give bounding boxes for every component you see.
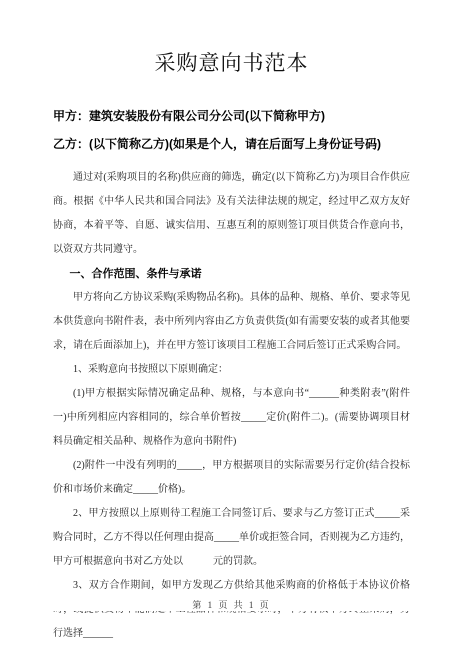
- party-b-line: 乙方：(以下简称乙方)(如果是个人，请在后面写上身份证号码): [53, 130, 410, 158]
- document-body: 通过对(采购项目的名称)供应商的筛选，确定(以下简称乙方)为项目合作供应商。根据…: [53, 166, 410, 646]
- clause-paragraph-principles-intro: 1、采购意向书按照以下原则确定：: [53, 358, 410, 382]
- party-a-line: 甲方：建筑安装股份有限公司分公司(以下简称甲方): [53, 102, 410, 130]
- intro-paragraph: 通过对(采购项目的名称)供应商的筛选，确定(以下简称乙方)为项目合作供应商。根据…: [53, 166, 410, 262]
- clause-paragraph-supply-scope: 甲方将向乙方协议采购(采购物品名称)。具体的品种、规格、单价、要求等见本供货意向…: [53, 286, 410, 358]
- clause-paragraph-pricing-attachment: (1)甲方根据实际情况确定品种、规格，与本意向书“______种类附表”(附件一…: [53, 382, 410, 454]
- document-page: 采购意向书范本 甲方：建筑安装股份有限公司分公司(以下简称甲方) 乙方：(以下简…: [0, 0, 463, 655]
- clause-paragraph-unlisted-pricing: (2)附件一中没有列明的_____，甲方根据项目的实际需要另行定价(结合投标价和…: [53, 454, 410, 502]
- clause-paragraph-formal-contract: 2、甲方按照以上原则待工程施工合同签订后、要求与乙方签订正式_____采购合同时…: [53, 502, 410, 574]
- document-title: 采购意向书范本: [53, 0, 410, 80]
- section-heading-cooperation-scope: 一、合作范围、条件与承诺: [53, 262, 410, 286]
- page-number-footer: 第 1 页 共 1 页: [0, 598, 463, 611]
